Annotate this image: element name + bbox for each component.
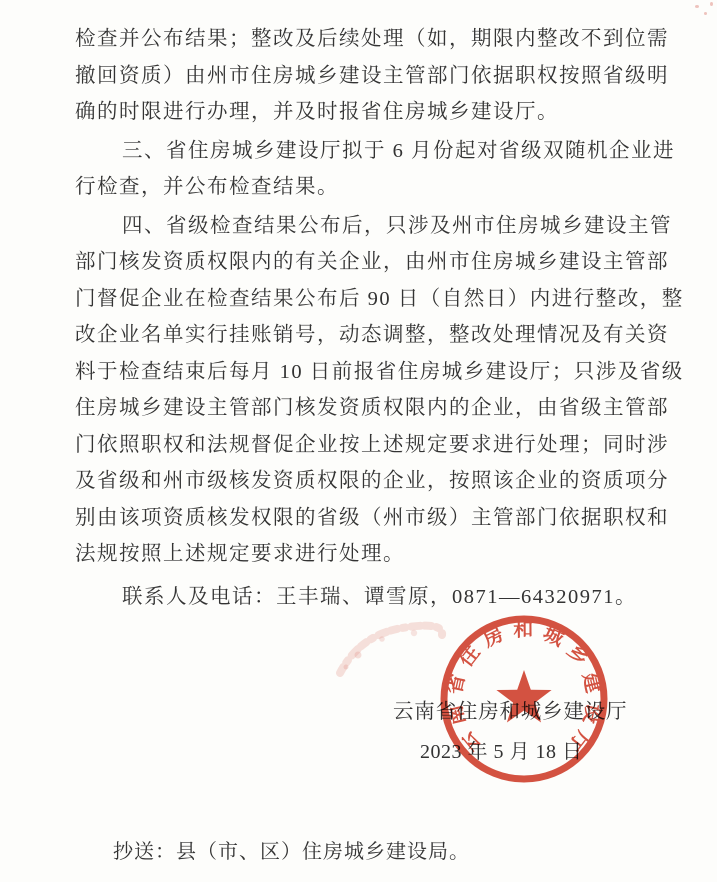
text-line: 联系人及电话：王丰瑞、谭雪原，0871—64320971。 bbox=[75, 579, 657, 616]
text-line: 四、省级检查结果公布后，只涉及州市住房城乡建设主管 bbox=[75, 208, 657, 245]
text-line: 行检查，并公布检查结果。 bbox=[75, 169, 657, 206]
text-line: 部门核发资质权限内的有关企业，由州市住房城乡建设主管部 bbox=[75, 244, 657, 281]
text-line: 住房城乡建设主管部门核发资质权限内的企业，由省级主管部 bbox=[75, 390, 657, 427]
text-line: 三、省住房城乡建设厅拟于 6 月份起对省级双随机企业进 bbox=[75, 133, 657, 170]
text-line: 改企业名单实行挂账销号，动态调整，整改处理情况及有关资 bbox=[75, 317, 657, 354]
text-line: 门督促企业在检查结果公布后 90 日（自然日）内进行整改，整 bbox=[75, 281, 657, 318]
document-body: 检查并公布结果；整改及后续处理（如，期限内整改不到位需撤回资质）由州市住房城乡建… bbox=[75, 21, 657, 615]
cc-line: 抄送：县（市、区）住房城乡建设局。 bbox=[113, 835, 470, 864]
text-line: 别由该项资质核发权限的省级（州市级）主管部门依据职权和 bbox=[75, 500, 657, 537]
text-line: 料于检查结束后每月 10 日前报省住房城乡建设厅；只涉及省级 bbox=[75, 354, 657, 391]
scan-speck bbox=[710, 2, 713, 6]
official-seal: 云南省住房和城乡建设厅 bbox=[437, 612, 611, 786]
ink-smudge bbox=[330, 615, 450, 690]
scan-speck bbox=[704, 12, 707, 15]
text-line: 确的时限进行办理，并及时报省住房城乡建设厅。 bbox=[75, 94, 657, 131]
text-line: 法规按照上述规定要求进行处理。 bbox=[75, 536, 657, 573]
text-line: 门依照职权和法规督促企业按上述规定要求进行处理；同时涉 bbox=[75, 427, 657, 464]
document-page: 检查并公布结果；整改及后续处理（如，期限内整改不到位需撤回资质）由州市住房城乡建… bbox=[0, 0, 717, 882]
scan-speck bbox=[695, 5, 699, 8]
seal-star-icon bbox=[496, 670, 551, 723]
text-line: 撤回资质）由州市住房城乡建设主管部门依据职权按照省级明 bbox=[75, 58, 657, 95]
text-line: 检查并公布结果；整改及后续处理（如，期限内整改不到位需 bbox=[75, 21, 657, 58]
text-line: 及省级和州市级核发资质权限的企业，按照该企业的资质项分 bbox=[75, 463, 657, 500]
